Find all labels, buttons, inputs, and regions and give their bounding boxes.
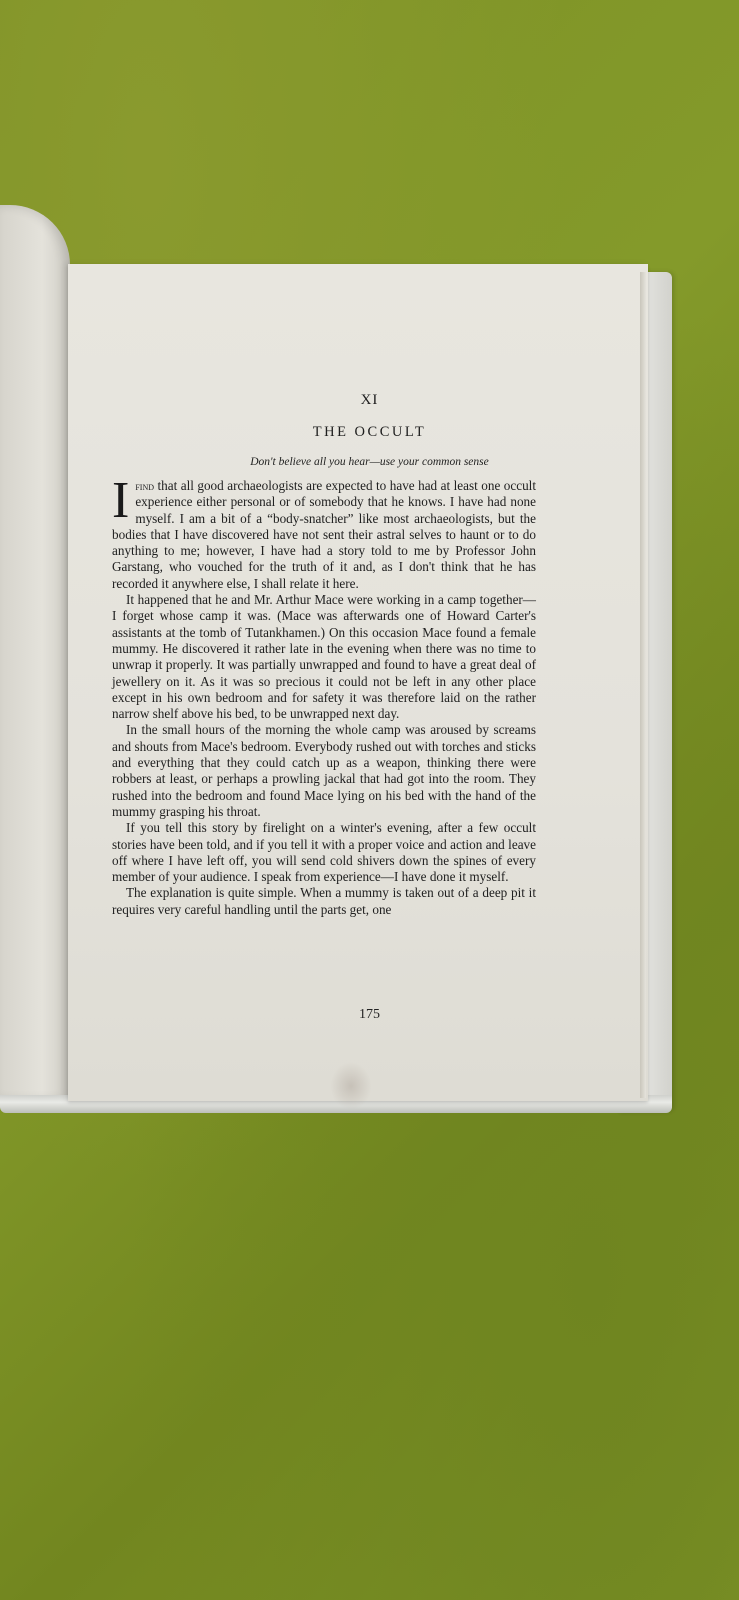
chapter-title: THE OCCULT (0, 424, 739, 441)
opening-small-caps: find (135, 479, 154, 493)
paragraph: The explanation is quite simple. When a … (112, 885, 536, 918)
facing-page-edge (0, 205, 70, 1100)
drop-cap: I (112, 481, 129, 521)
page-number: 175 (0, 1007, 739, 1023)
paragraph: If you tell this story by firelight on a… (112, 820, 536, 885)
paragraph-text: that all good archaeologists are expecte… (112, 478, 536, 591)
body-text: Ifind that all good archaeologists are e… (112, 478, 536, 918)
paragraph: In the small hours of the morning the wh… (112, 722, 536, 820)
chapter-number: XI (0, 392, 739, 409)
page-stain (330, 1062, 372, 1110)
paragraph: Ifind that all good archaeologists are e… (112, 478, 536, 592)
paragraph: It happened that he and Mr. Arthur Mace … (112, 592, 536, 722)
chapter-epigraph: Don't believe all you hear—use your comm… (0, 456, 739, 468)
